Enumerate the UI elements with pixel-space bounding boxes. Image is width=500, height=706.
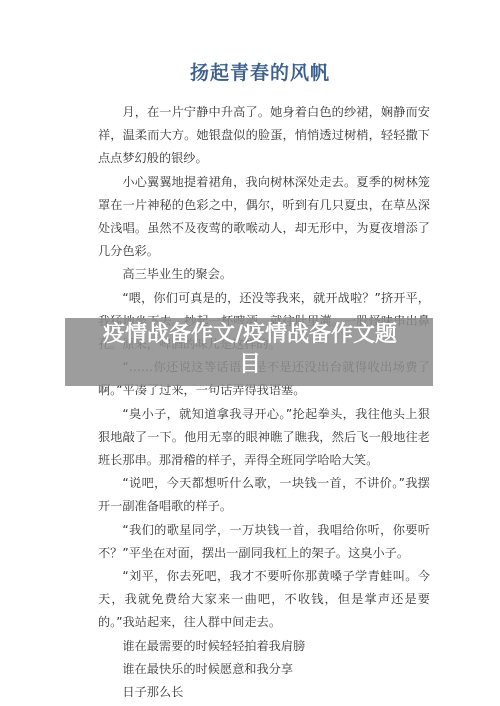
paragraph: 月，在一片宁静中升高了。她身着白色的纱裙，娴静而安祥，温柔而大方。她银盘似的脸蛋… xyxy=(98,101,430,171)
document-title: 扬起青春的风帆 xyxy=(0,58,500,85)
paragraph: 高三毕业生的聚会。 xyxy=(98,263,430,286)
paragraph: “我们的歌星同学，一万块钱一首，我唱给你听，你要听不？”平坐在对面，摆出一副同我… xyxy=(98,519,430,565)
overlay-line-2: 目 xyxy=(0,350,500,380)
lyric-line: 谁在最快乐的时候愿意和我分享 xyxy=(98,658,430,681)
paragraph: 小心翼翼地提着裙角，我向树林深处走去。夏季的树林笼罩在一片神秘的色彩之中，偶尔，… xyxy=(98,171,430,264)
paragraph: “说吧，今天都想听什么歌，一块钱一首，不讲价。”我摆开一副准备唱歌的样子。 xyxy=(98,472,430,518)
document-body: 月，在一片宁静中升高了。她身着白色的纱裙，娴静而安祥，温柔而大方。她银盘似的脸蛋… xyxy=(98,101,430,704)
paragraph: “刘平，你去死吧，我才不要听你那黄嗓子学青蛙叫。今天，我就免费给大家来一曲吧，不… xyxy=(98,565,430,635)
paragraph: “臭小子，就知道拿我寻开心。”抡起拳头，我往他头上狠狠地敲了一下。他用无辜的眼神… xyxy=(98,403,430,473)
overlay-banner-text: 疫情战备作文/疫情战备作文题 目 xyxy=(0,320,500,380)
document-page: 扬起青春的风帆 月，在一片宁静中升高了。她身着白色的纱裙，娴静而安祥，温柔而大方… xyxy=(0,0,500,706)
lyric-line: 日子那么长 xyxy=(98,681,430,704)
overlay-line-1: 疫情战备作文/疫情战备作文题 xyxy=(0,320,500,350)
lyric-line: 谁在最需要的时候轻轻拍着我肩膀 xyxy=(98,635,430,658)
